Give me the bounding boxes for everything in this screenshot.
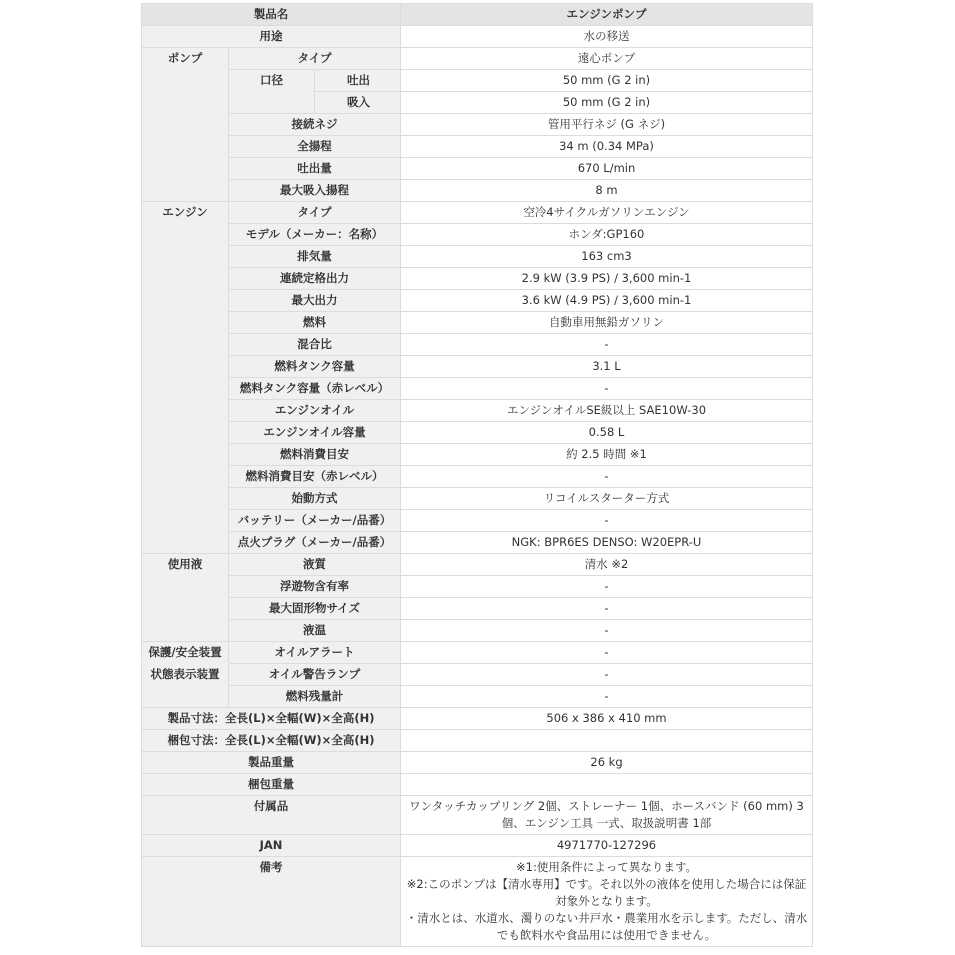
table-row: 燃料タンク容量（赤レベル）- [142, 378, 813, 400]
value-thread: 管用平行ネジ (G ネジ) [401, 114, 813, 136]
group-status-display: 状態表示装置 [142, 664, 229, 708]
table-row: 浮遊物含有率- [142, 576, 813, 598]
label-bore: 口径 [229, 70, 315, 114]
row-label: バッテリー（メーカー/品番） [229, 510, 401, 532]
table-row: 保護/安全装置 オイルアラート - [142, 642, 813, 664]
value-max-suction-head: 8 m [401, 180, 813, 202]
label-pump-type: タイプ [229, 48, 401, 70]
row-value: リコイルスターター方式 [401, 488, 813, 510]
table-row: 液温- [142, 620, 813, 642]
label-max-suction-head: 最大吸入揚程 [229, 180, 401, 202]
row-value: - [401, 576, 813, 598]
value-product-name: エンジンポンプ [401, 4, 813, 26]
row-label: 燃料 [229, 312, 401, 334]
value-total-head: 34 m (0.34 MPa) [401, 136, 813, 158]
row-label: 浮遊物含有率 [229, 576, 401, 598]
table-row-package-weight: 梱包重量 [142, 774, 813, 796]
table-row-accessories: 付属品 ワンタッチカップリング 2個、ストレーナー 1個、ホースバンド (60 … [142, 796, 813, 835]
value-package-dimensions [401, 730, 813, 752]
row-value: - [401, 466, 813, 488]
row-label: 液温 [229, 620, 401, 642]
row-value: 空冷4サイクルガソリンエンジン [401, 202, 813, 224]
row-label: 燃料消費目安（赤レベル） [229, 466, 401, 488]
row-value: 163 cm3 [401, 246, 813, 268]
label-thread: 接続ネジ [229, 114, 401, 136]
group-pump: ポンプ [142, 48, 229, 202]
row-label: 燃料タンク容量（赤レベル） [229, 378, 401, 400]
label-suction: 吸入 [315, 92, 401, 114]
table-row: モデル（メーカー：名称）ホンダ:GP160 [142, 224, 813, 246]
row-value: 約 2.5 時間 ※1 [401, 444, 813, 466]
row-value: NGK: BPR6ES DENSO: W20EPR-U [401, 532, 813, 554]
group-engine: エンジン [142, 202, 229, 554]
label-remarks: 備考 [142, 857, 401, 947]
row-label: 点火プラグ（メーカー/品番） [229, 532, 401, 554]
row-label: 混合比 [229, 334, 401, 356]
table-row: 吐出量 670 L/min [142, 158, 813, 180]
row-value: エンジンオイルSE級以上 SAE10W-30 [401, 400, 813, 422]
remark-line: ※1:使用条件によって異なります。 [405, 859, 808, 876]
table-row-product-weight: 製品重量 26 kg [142, 752, 813, 774]
label-usage: 用途 [142, 26, 401, 48]
row-value: 自動車用無鉛ガソリン [401, 312, 813, 334]
table-row: 全揚程 34 m (0.34 MPa) [142, 136, 813, 158]
group-protection: 保護/安全装置 [142, 642, 229, 664]
remark-line: ・清水とは、水道水、濁りのない井戸水・農業用水を示します。ただし、清水でも飲料水… [405, 910, 808, 944]
table-row: ポンプ タイプ 遠心ポンプ [142, 48, 813, 70]
value-product-dimensions: 506 x 386 x 410 mm [401, 708, 813, 730]
row-value: 0.58 L [401, 422, 813, 444]
label-package-dimensions: 梱包寸法：全長(L)×全幅(W)×全高(H) [142, 730, 401, 752]
table-row: 最大固形物サイズ- [142, 598, 813, 620]
table-row: 燃料消費目安（赤レベル）- [142, 466, 813, 488]
row-value: 3.6 kW (4.9 PS) / 3,600 min-1 [401, 290, 813, 312]
value-suction: 50 mm (G 2 in) [401, 92, 813, 114]
table-row-package-dimensions: 梱包寸法：全長(L)×全幅(W)×全高(H) [142, 730, 813, 752]
table-row: 燃料タンク容量3.1 L [142, 356, 813, 378]
row-label: オイルアラート [229, 642, 401, 664]
row-value: - [401, 686, 813, 708]
value-product-weight: 26 kg [401, 752, 813, 774]
table-row: 使用液 液質 清水 ※2 [142, 554, 813, 576]
table-row: 最大吸入揚程 8 m [142, 180, 813, 202]
row-label: エンジンオイル容量 [229, 422, 401, 444]
row-value: - [401, 642, 813, 664]
table-row-product-name: 製品名 エンジンポンプ [142, 4, 813, 26]
remark-line: ※2:このポンプは【清水専用】です。それ以外の液体を使用した場合には保証対象外と… [405, 876, 808, 910]
table-row: 連続定格出力2.9 kW (3.9 PS) / 3,600 min-1 [142, 268, 813, 290]
row-label: エンジンオイル [229, 400, 401, 422]
spec-table: 製品名 エンジンポンプ 用途 水の移送 ポンプ タイプ 遠心ポンプ 口径 吐出 … [141, 3, 813, 947]
label-package-weight: 梱包重量 [142, 774, 401, 796]
label-accessories: 付属品 [142, 796, 401, 835]
row-value: 2.9 kW (3.9 PS) / 3,600 min-1 [401, 268, 813, 290]
table-row: 接続ネジ 管用平行ネジ (G ネジ) [142, 114, 813, 136]
row-value: 清水 ※2 [401, 554, 813, 576]
row-label: オイル警告ランプ [229, 664, 401, 686]
label-total-head: 全揚程 [229, 136, 401, 158]
value-remarks: ※1:使用条件によって異なります。 ※2:このポンプは【清水専用】です。それ以外… [401, 857, 813, 947]
value-jan: 4971770-127296 [401, 835, 813, 857]
label-flow: 吐出量 [229, 158, 401, 180]
value-flow: 670 L/min [401, 158, 813, 180]
table-row: 混合比- [142, 334, 813, 356]
row-value: - [401, 510, 813, 532]
label-product-name: 製品名 [142, 4, 401, 26]
row-value: - [401, 664, 813, 686]
table-row: バッテリー（メーカー/品番）- [142, 510, 813, 532]
label-product-dimensions: 製品寸法：全長(L)×全幅(W)×全高(H) [142, 708, 401, 730]
row-value: - [401, 598, 813, 620]
value-discharge: 50 mm (G 2 in) [401, 70, 813, 92]
table-row-remarks: 備考 ※1:使用条件によって異なります。 ※2:このポンプは【清水専用】です。そ… [142, 857, 813, 947]
row-label: 連続定格出力 [229, 268, 401, 290]
row-label: 排気量 [229, 246, 401, 268]
row-label: タイプ [229, 202, 401, 224]
table-row: 最大出力3.6 kW (4.9 PS) / 3,600 min-1 [142, 290, 813, 312]
row-label: 最大出力 [229, 290, 401, 312]
table-row: 燃料残量計- [142, 686, 813, 708]
row-label: 始動方式 [229, 488, 401, 510]
table-row-jan: JAN 4971770-127296 [142, 835, 813, 857]
row-label: 液質 [229, 554, 401, 576]
table-row: 排気量163 cm3 [142, 246, 813, 268]
row-value: 3.1 L [401, 356, 813, 378]
label-jan: JAN [142, 835, 401, 857]
value-pump-type: 遠心ポンプ [401, 48, 813, 70]
row-value: - [401, 334, 813, 356]
row-value: - [401, 620, 813, 642]
row-value: - [401, 378, 813, 400]
value-usage: 水の移送 [401, 26, 813, 48]
table-row: 燃料消費目安約 2.5 時間 ※1 [142, 444, 813, 466]
value-package-weight [401, 774, 813, 796]
group-fluid: 使用液 [142, 554, 229, 642]
table-row: 状態表示装置 オイル警告ランプ - [142, 664, 813, 686]
table-row: 燃料自動車用無鉛ガソリン [142, 312, 813, 334]
table-row: 始動方式リコイルスターター方式 [142, 488, 813, 510]
label-discharge: 吐出 [315, 70, 401, 92]
table-row: 口径 吐出 50 mm (G 2 in) [142, 70, 813, 92]
value-accessories: ワンタッチカップリング 2個、ストレーナー 1個、ホースバンド (60 mm) … [401, 796, 813, 835]
table-row-product-dimensions: 製品寸法：全長(L)×全幅(W)×全高(H) 506 x 386 x 410 m… [142, 708, 813, 730]
label-product-weight: 製品重量 [142, 752, 401, 774]
row-label: 燃料消費目安 [229, 444, 401, 466]
table-row-usage: 用途 水の移送 [142, 26, 813, 48]
table-row: エンジン タイプ 空冷4サイクルガソリンエンジン [142, 202, 813, 224]
row-label: 燃料タンク容量 [229, 356, 401, 378]
table-row: 点火プラグ（メーカー/品番）NGK: BPR6ES DENSO: W20EPR-… [142, 532, 813, 554]
row-label: 燃料残量計 [229, 686, 401, 708]
table-row: エンジンオイルエンジンオイルSE級以上 SAE10W-30 [142, 400, 813, 422]
table-row: エンジンオイル容量0.58 L [142, 422, 813, 444]
row-label: 最大固形物サイズ [229, 598, 401, 620]
row-value: ホンダ:GP160 [401, 224, 813, 246]
row-label: モデル（メーカー：名称） [229, 224, 401, 246]
